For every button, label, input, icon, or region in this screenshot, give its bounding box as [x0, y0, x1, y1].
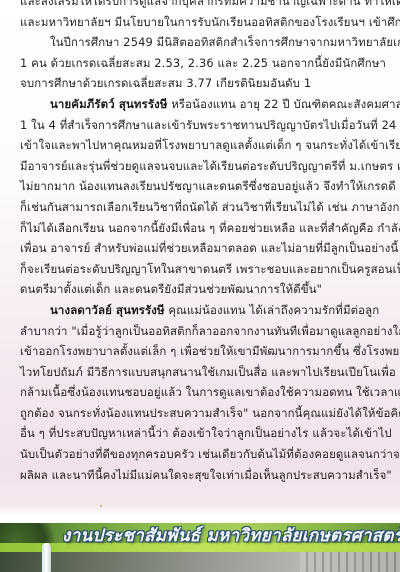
line-text: เพื่อน อาจารย์ สำหรับพ่อแม่ที่ช่วยเหลือม…: [20, 241, 398, 255]
text-line: จบการศึกษาด้วยเกรดเฉลี่ยสะสม 3.77 เกียรต…: [0, 73, 400, 94]
line-text: มีอาจารย์และรุ่นพี่ช่วยดูแลจนจบและได้เรี…: [20, 159, 400, 173]
text-line: ก็ไม่ได้เลือกเรียน นอกจากนี้ยังมีเพื่อน …: [0, 218, 400, 239]
text-line: เข้าใจและพาไปหาคุณหมอที่โรงพยาบาลดูแลตั้…: [0, 135, 400, 156]
text-line: และส่งเสริมให้ได้รับการดูแลจากบุคลากรที่…: [0, 0, 400, 12]
text-line: นับเป็นตัวอย่างที่ดีของทุกครอบครัว เช่นเ…: [0, 444, 400, 465]
banner-building-graphic: [300, 552, 400, 572]
text-line: ในปีการศึกษา 2549 มีนิสิตออทิสติกสำเร็จก…: [0, 32, 400, 53]
line-text: ไม่ยากมาก น้องแทนลงเรียนปรัชญาและดนตรีซึ…: [20, 179, 396, 193]
text-line: ก็เช่นกันสามารถเลือกเรียนวิชาที่ถนัดได้ …: [0, 197, 400, 218]
document-body: และส่งเสริมให้ได้รับการดูแลจากบุคลากรที่…: [0, 0, 400, 485]
line-text: และมหาวิทยาลัยฯ มีนโยบายในการรับนักเรียน…: [20, 15, 400, 29]
text-line: ถูกต้อง จนกระทั่งน้องแทนประสบความสำเร็จ"…: [0, 403, 400, 424]
text-line: มีอาจารย์และรุ่นพี่ช่วยดูแลจนจบและได้เรี…: [0, 156, 400, 177]
text-line: ลำบากว่า "เมื่อรู้ว่าลูกเป็นออทิสติกก็ลา…: [0, 321, 400, 342]
text-line: 1 คน ด้วยเกรดเฉลี่ยสะสม 2.53, 2.36 และ 2…: [0, 53, 400, 74]
text-line: อื่น ๆ ที่ประสบปัญหาเหล่านี้ว่า ต้องเข้า…: [0, 423, 400, 444]
text-line: ดนตรีมาตั้งแต่เด็ก และดนตรียังมีส่วนช่วย…: [0, 279, 400, 300]
line-text: ดนตรีมาตั้งแต่เด็ก และดนตรียังมีส่วนช่วย…: [20, 282, 322, 296]
line-text: และส่งเสริมให้ได้รับการดูแลจากบุคลากรที่…: [20, 0, 400, 8]
scan-speck: [100, 505, 102, 507]
line-text: คุณแม่น้องแทน ได้เล่าถึงความรักที่มีต่อล…: [165, 303, 380, 317]
text-line: ผลิผล และนาทีนี้คงไม่มีแม่คนใดจะสุขใจเท่…: [0, 465, 400, 486]
person-name: นายคัมภีรัตว์ สุนทรรังษี: [50, 97, 167, 111]
line-text: นับเป็นตัวอย่างที่ดีของทุกครอบครัว เช่นเ…: [20, 447, 400, 461]
line-text: กล้ามเนื้อซึ่งน้องแทนชอบอยู่แล้ว ในการดู…: [20, 385, 400, 399]
paragraph-start-line: นายคัมภีรัตว์ สุนทรรังษี หรือน้องแทน อาย…: [0, 94, 400, 115]
text-line: ไม่ยากมาก น้องแทนลงเรียนปรัชญาและดนตรีซึ…: [0, 176, 400, 197]
footer-banner: งานประชาสัมพันธ์ มหาวิทยาลัยเกษตรศาสตร์ …: [0, 523, 400, 572]
text-line: เพื่อน อาจารย์ สำหรับพ่อแม่ที่ช่วยเหลือม…: [0, 238, 400, 259]
line-text: อื่น ๆ ที่ประสบปัญหาเหล่านี้ว่า ต้องเข้า…: [20, 426, 392, 440]
line-text: ก็ไม่ได้เลือกเรียน นอกจากนี้ยังมีเพื่อน …: [20, 221, 400, 235]
banner-title: งานประชาสัมพันธ์ มหาวิทยาลัยเกษตรศาสตร์ …: [62, 524, 400, 548]
text-line: ก็จะเรียนต่อระดับปริญญาโทในสาขาดนตรี เพร…: [0, 259, 400, 280]
text-line: และมหาวิทยาลัยฯ มีนโยบายในการรับนักเรียน…: [0, 12, 400, 33]
banner-pillar-graphic: [42, 543, 51, 572]
line-text: 1 คน ด้วยเกรดเฉลี่ยสะสม 2.53, 2.36 และ 2…: [20, 56, 386, 70]
line-text: ผลิผล และนาทีนี้คงไม่มีแม่คนใดจะสุขใจเท่…: [20, 468, 392, 482]
line-text: หรือน้องแทน อายุ 22 ปี บัณฑิตคณะสังคมศาส…: [167, 97, 400, 111]
paragraph-start-line: นางลดาวัลย์ สุนทรรังษี คุณแม่น้องแทน ได้…: [0, 300, 400, 321]
text-line: กล้ามเนื้อซึ่งน้องแทนชอบอยู่แล้ว ในการดู…: [0, 382, 400, 403]
line-text: เข้าใจและพาไปหาคุณหมอที่โรงพยาบาลดูแลตั้…: [20, 138, 400, 152]
line-text: ก็จะเรียนต่อระดับปริญญาโทในสาขาดนตรี เพร…: [20, 262, 400, 276]
line-text: ไวทโยปถัมภ์ มีวิธีการแบบสนุกสนานใช้เกมเป…: [20, 365, 396, 379]
line-text: ถูกต้อง จนกระทั่งน้องแทนประสบความสำเร็จ"…: [20, 406, 400, 420]
line-text: ในปีการศึกษา 2549 มีนิสิตออทิสติกสำเร็จก…: [50, 35, 400, 49]
text-line: ไวทโยปถัมภ์ มีวิธีการแบบสนุกสนานใช้เกมเป…: [0, 362, 400, 383]
text-line: เข้าออกโรงพยาบาลตั้งแต่เล็ก ๆ เพื่อช่วยใ…: [0, 341, 400, 362]
line-text: จบการศึกษาด้วยเกรดเฉลี่ยสะสม 3.77 เกียรต…: [20, 76, 311, 90]
line-text: เข้าออกโรงพยาบาลตั้งแต่เล็ก ๆ เพื่อช่วยใ…: [20, 344, 400, 358]
line-text: ลำบากว่า "เมื่อรู้ว่าลูกเป็นออทิสติกก็ลา…: [20, 324, 400, 338]
line-text: ก็เช่นกันสามารถเลือกเรียนวิชาที่ถนัดได้ …: [20, 200, 400, 214]
person-name: นางลดาวัลย์ สุนทรรังษี: [50, 303, 165, 317]
text-line: 1 ใน 4 ที่สำเร็จการศึกษาและเข้ารับพระราช…: [0, 115, 400, 136]
line-text: 1 ใน 4 ที่สำเร็จการศึกษาและเข้ารับพระราช…: [20, 118, 396, 132]
